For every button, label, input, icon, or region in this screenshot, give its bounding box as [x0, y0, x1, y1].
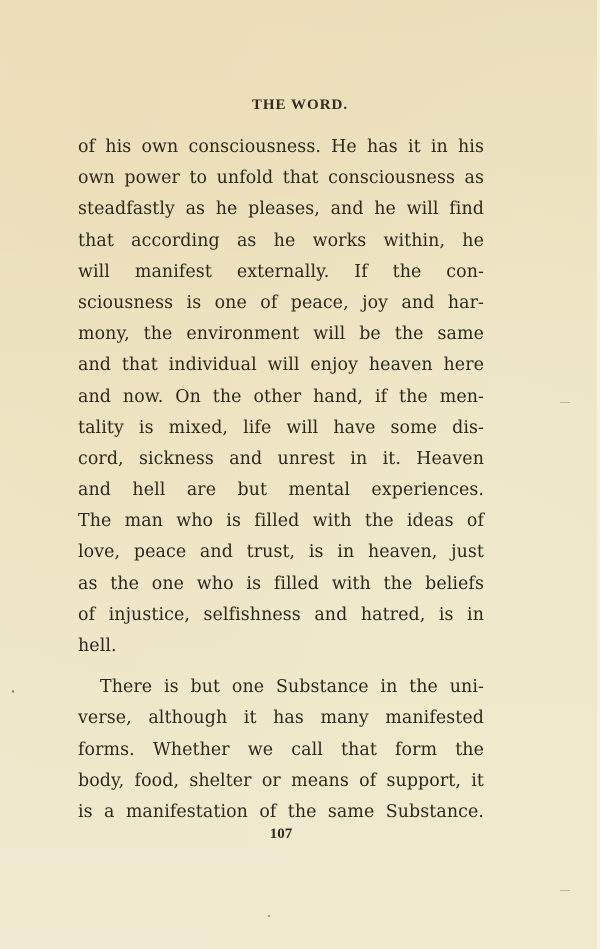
- text-line: The man who is filled with the ideas of: [78, 506, 484, 537]
- body-text: of his own consciousness. He has it in h…: [78, 132, 484, 828]
- text-line: is a manifestation of the same Substance…: [78, 797, 484, 828]
- text-line: as the one who is filled with the belief…: [78, 569, 484, 600]
- book-page: THE WORD. of his own consciousness. He h…: [0, 0, 600, 949]
- paragraph-spacer: [78, 662, 484, 672]
- text-line: will manifest externally. If the con-: [78, 257, 484, 288]
- text-line: mony, the environment will be the same: [78, 319, 484, 350]
- text-line: forms. Whether we call that form the: [78, 735, 484, 766]
- text-line: body, food, shelter or means of support,…: [78, 766, 484, 797]
- paragraph-2: There is but one Substance in the uni- v…: [78, 672, 484, 828]
- text-line: steadfastly as he pleases, and he will f…: [78, 194, 484, 225]
- running-head: THE WORD.: [0, 97, 600, 114]
- text-line: verse, although it has many manifested: [78, 703, 484, 734]
- text-line: cord, sickness and unrest in it. Heaven: [78, 444, 484, 475]
- text-line: tality is mixed, life will have some dis…: [78, 413, 484, 444]
- paper-speck: [12, 690, 14, 693]
- text-line: love, peace and trust, is in heaven, jus…: [78, 537, 484, 568]
- paragraph-1: of his own consciousness. He has it in h…: [78, 132, 484, 662]
- paper-speck: [268, 915, 270, 917]
- paper-speck: [560, 402, 570, 403]
- page-number: 107: [0, 826, 562, 843]
- text-line: sciousness is one of peace, joy and har-: [78, 288, 484, 319]
- text-line: that according as he works within, he: [78, 226, 484, 257]
- text-line: There is but one Substance in the uni-: [78, 672, 484, 703]
- paper-speck: [560, 890, 570, 891]
- text-line: and now. On the other hand, if the men-: [78, 382, 484, 413]
- text-line: of injustice, selfishness and hatred, is…: [78, 600, 484, 631]
- text-line: of his own consciousness. He has it in h…: [78, 132, 484, 163]
- text-line: hell.: [78, 631, 484, 662]
- text-line: and hell are but mental experiences.: [78, 475, 484, 506]
- text-line: own power to unfold that consciousness a…: [78, 163, 484, 194]
- text-line: and that individual will enjoy heaven he…: [78, 350, 484, 381]
